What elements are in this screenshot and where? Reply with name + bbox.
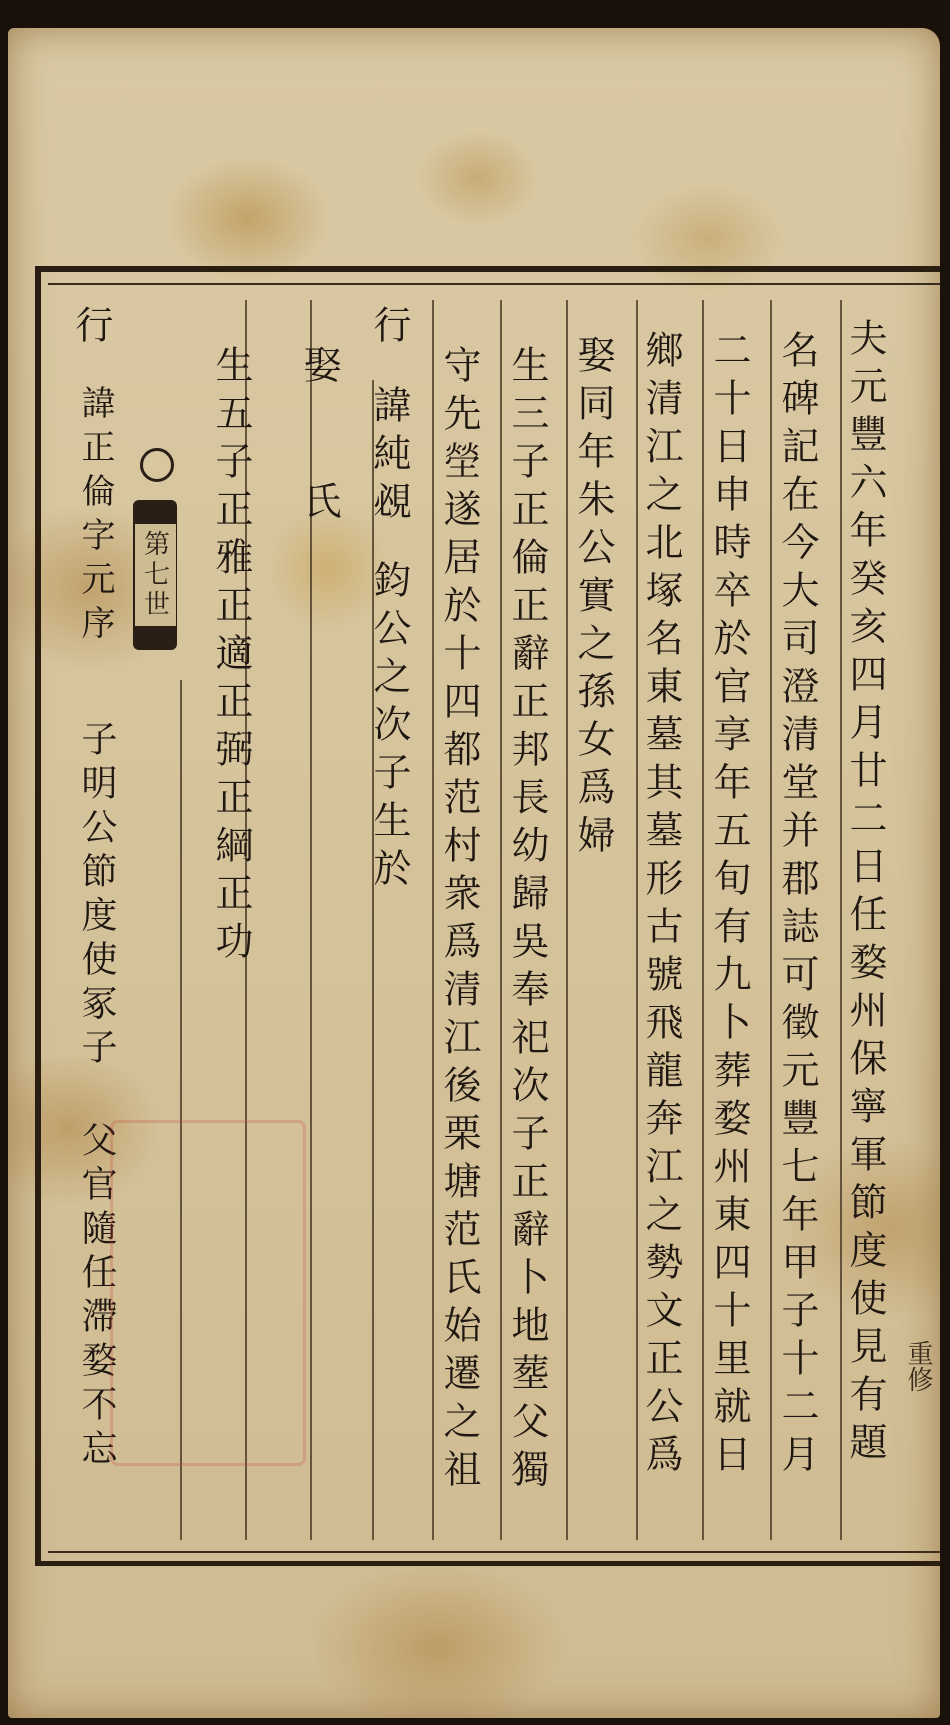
text-column-4: 鄉清江之北塚名東墓其墓形古號飛龍奔江之勢文正公爲 — [642, 330, 680, 1482]
generation-plaque: 第七世 — [133, 500, 177, 650]
given-name-2: 諱正倫字元序 — [78, 385, 112, 649]
text-column-2: 名碑記在今大司澄清堂并郡誌可徵元豐七年甲子十二月 — [778, 330, 816, 1482]
children-column: 生五子正雅正適正弼正綱正功 — [212, 345, 250, 969]
hang-label: 行 — [370, 305, 408, 353]
text-column-3: 二十日申時卒於官享年五旬有九卜葬婺州東四十里就日 — [710, 330, 748, 1482]
parentage: 鈞公之次子生於 — [370, 560, 408, 896]
column-rule — [432, 300, 434, 1540]
text-column-6: 生三子正倫正辭正邦長幼歸吳奉祀次子正辭卜地塟父獨 — [508, 345, 546, 1497]
column-rule — [500, 300, 502, 1540]
column-rule — [770, 300, 772, 1540]
hang-label-2: 行 — [72, 305, 110, 353]
given-name: 諱純覕 — [370, 385, 408, 529]
text-column-7: 守先塋遂居於十四都范村衆爲清江後栗塘范氏始遷之祖 — [440, 345, 478, 1497]
column-rule — [566, 300, 568, 1540]
column-rule — [372, 380, 374, 1540]
footer-mark: 重修 — [900, 1340, 937, 1392]
column-rule — [840, 300, 842, 1540]
text-column-5: 娶同年朱公實之孫女爲婦 — [574, 335, 612, 863]
column-rule — [636, 300, 638, 1540]
biography-column: 子明公節度使冢子 父官隨任滯婺不忘 — [78, 720, 114, 1473]
generation-label: 第七世 — [135, 524, 176, 626]
text-column-1: 夫元豐六年癸亥四月廿二日任婺州保寧軍節度使見有題 — [846, 318, 884, 1470]
spouse-column: 娶 氏 — [300, 345, 338, 549]
faded-red-stamp — [110, 1120, 306, 1466]
column-rule — [702, 300, 704, 1540]
generation-circle-icon — [140, 448, 174, 482]
